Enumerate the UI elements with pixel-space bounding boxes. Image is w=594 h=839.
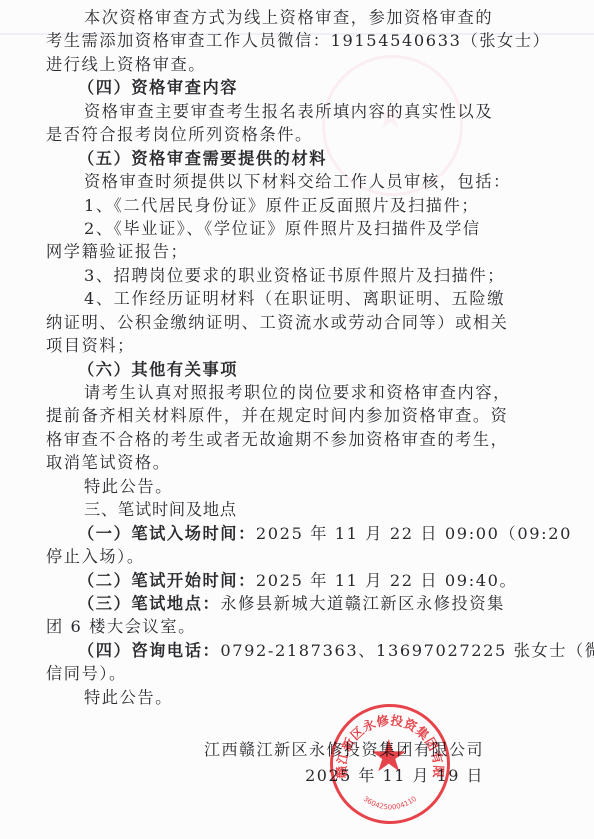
section-heading-4: （四）资格审查内容 xyxy=(46,76,516,99)
svg-text:3604250004110: 3604250004110 xyxy=(362,795,418,812)
consult-phone-label: （四）咨询电话： xyxy=(78,641,220,660)
list-item-cont: 项目资料； xyxy=(46,334,516,357)
exam-location-value: 永修县新城大道赣江新区永修投资集 xyxy=(220,594,505,613)
paragraph-line: 进行线上资格审查。 xyxy=(46,53,516,76)
paragraph-line: 是否符合报考岗位所列资格条件。 xyxy=(46,123,516,146)
exam-entry-label: （一）笔试入场时间： xyxy=(78,524,256,543)
paragraph-line: 取消笔试资格。 xyxy=(46,451,516,474)
list-item-cont: 纳证明、公积金缴纳证明、工资流水或劳动合同等）或相关 xyxy=(46,311,516,334)
consult-phone-value-cont: 信同号）。 xyxy=(46,662,516,685)
paragraph-line: 资格审查时须提供以下材料交给工作人员审核，包括： xyxy=(46,170,516,193)
list-item: 2、《毕业证》、《学位证》原件照片及扫描件及学信 xyxy=(46,217,516,240)
list-item-cont: 网学籍验证报告； xyxy=(46,240,516,263)
consult-phone-value: 0792-2187363、13697027225 张女士（微 xyxy=(220,641,594,660)
exam-start-value: 2025 年 11 月 22 日 09:40。 xyxy=(256,571,517,590)
consult-phone: （四）咨询电话：0792-2187363、13697027225 张女士（微 xyxy=(46,639,516,662)
list-item: 1、《二代居民身份证》原件正反面照片及扫描件； xyxy=(46,194,516,217)
exam-start-label: （二）笔试开始时间： xyxy=(78,571,256,590)
paragraph-line: 资格审查主要审查考生报名表所填内容的真实性以及 xyxy=(46,100,516,123)
section-heading-3: 三、笔试时间及地点 xyxy=(46,498,516,521)
section-heading-5: （五）资格审查需要提供的材料 xyxy=(46,147,516,170)
exam-entry-time: （一）笔试入场时间：2025 年 11 月 22 日 09:00（09:20 xyxy=(46,522,516,545)
exam-location-label: （三）笔试地点： xyxy=(78,594,220,613)
paragraph-line: 格审查不合格的考生或者无故逾期不参加资格审查的考生， xyxy=(46,428,516,451)
closing-line: 特此公告。 xyxy=(46,475,516,498)
paragraph-line: 本次资格审查方式为线上资格审查，参加资格审查的 xyxy=(46,6,516,29)
document-body: 本次资格审查方式为线上资格审查，参加资格审查的 考生需添加资格审查工作人员微信：… xyxy=(46,6,516,709)
seal-code: 3604250004110 xyxy=(362,795,418,812)
exam-start-time: （二）笔试开始时间：2025 年 11 月 22 日 09:40。 xyxy=(46,569,516,592)
paragraph-line: 请考生认真对照报考职位的岗位要求和资格审查内容， xyxy=(46,381,516,404)
list-item: 4、工作经历证明材料（在职证明、离职证明、五险缴 xyxy=(46,287,516,310)
exam-entry-value: 2025 年 11 月 22 日 09:00（09:20 xyxy=(256,524,572,543)
star-icon: ★ xyxy=(369,735,408,779)
paragraph-line: 考生需添加资格审查工作人员微信：19154540633（张女士） xyxy=(46,29,516,52)
exam-entry-value-cont: 停止入场）。 xyxy=(46,545,516,568)
section-heading-6: （六）其他有关事项 xyxy=(46,358,516,381)
list-item: 3、招聘岗位要求的职业资格证书原件照片及扫描件； xyxy=(46,264,516,287)
official-seal: 江西赣江新区永修投资集团有限公司 3604250004110 ★ xyxy=(330,704,450,824)
document-page: ★ 本次资格审查方式为线上资格审查，参加资格审查的 考生需添加资格审查工作人员微… xyxy=(0,0,594,839)
paragraph-line: 提前备齐相关材料原件，并在规定时间内参加资格审查。资 xyxy=(46,404,516,427)
exam-location: （三）笔试地点：永修县新城大道赣江新区永修投资集 xyxy=(46,592,516,615)
exam-location-value-cont: 团 6 楼大会议室。 xyxy=(46,615,516,638)
